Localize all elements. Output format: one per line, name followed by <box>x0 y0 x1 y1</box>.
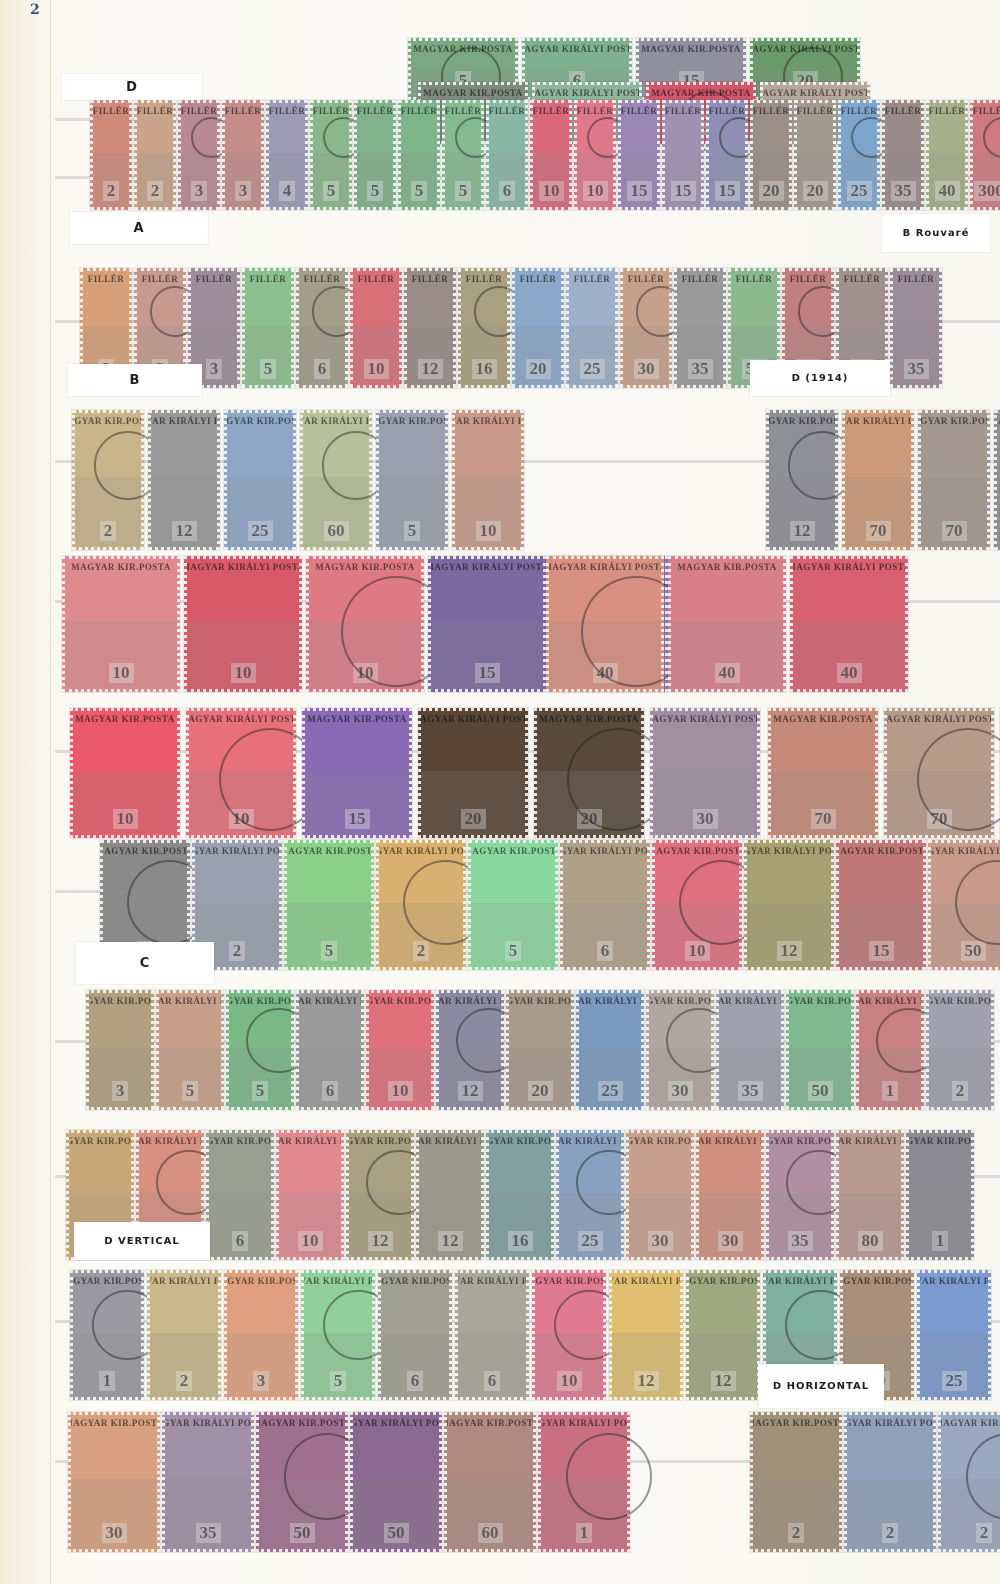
stamp-denomination: 10 <box>539 181 564 201</box>
stamp-denomination: 30 <box>668 1081 693 1101</box>
stamp: MAGYAR KIR.POSTA5 <box>468 840 558 970</box>
stamp-inscription: FILLÉR <box>736 274 773 284</box>
stamp-denomination: 6 <box>597 941 614 961</box>
stamp: MAGYAR KIR.POSTA12 <box>686 1270 760 1400</box>
stamp-inscription: MAGYAR KIR.POSTA <box>376 416 448 426</box>
stamp-denomination: 4 <box>279 181 296 201</box>
stamp: MAGYAR KIRÁLYI POSTA25 <box>576 990 644 1110</box>
stamp-denomination: 3 <box>191 181 208 201</box>
stamp: MAGYAR KIR.POSTA10 <box>652 840 742 970</box>
stamp-inscription: MAGYAR KIR.POSTA <box>918 416 990 426</box>
stamp: FILLÉR35 <box>890 268 942 388</box>
stamp-denomination: 25 <box>598 1081 623 1101</box>
stamp: MAGYAR KIR.POSTA50 <box>256 1412 348 1552</box>
label-c: C <box>76 942 214 984</box>
stamp-inscription: FILLÉR <box>621 106 658 116</box>
stamp: FILLÉR20 <box>750 100 792 210</box>
stamp-denomination: 80 <box>858 1231 883 1251</box>
stamp-denomination: 15 <box>475 663 500 683</box>
stamp-inscription: MAGYAR KIR.POSTA <box>651 88 751 98</box>
stamp-inscription: MAGYAR KIRÁLYI POSTA <box>716 996 784 1006</box>
stamp-denomination: 35 <box>904 359 929 379</box>
stamp-denomination: 2 <box>176 1371 193 1391</box>
stamp: MAGYAR KIR.POSTA30 <box>626 1130 694 1260</box>
stamp-denomination: 1 <box>576 1523 593 1543</box>
stamp: FILLÉR3 <box>178 100 220 210</box>
stamp: MAGYAR KIR.POSTA10 <box>532 1270 606 1400</box>
stamp: MAGYAR KIR.POSTA40 <box>668 556 786 692</box>
stamp-inscription: MAGYAR KIR.POSTA <box>307 714 407 724</box>
stamp-inscription: FILLÉR <box>445 106 482 116</box>
stamp: MAGYAR KIR.POSTA60 <box>444 1412 536 1552</box>
stamp-denomination: 60 <box>324 521 349 541</box>
stamp: MAGYAR KIRÁLYI POSTA10 <box>186 708 296 838</box>
stamp-inscription: MAGYAR KIRÁLYI POSTA <box>418 714 528 724</box>
stamp: FILLÉR5 <box>442 100 484 210</box>
stamp-inscription: FILLÉR <box>93 106 130 116</box>
stamp-inscription: MAGYAR KIR.POSTA <box>506 996 574 1006</box>
stamp-denomination: 2 <box>103 181 120 201</box>
stamp-inscription: FILLÉR <box>574 274 611 284</box>
stamp: MAGYAR KIR.POSTA2 <box>72 410 144 550</box>
stamp: MAGYAR KIRÁLYI POSTA12 <box>436 990 504 1110</box>
stamp-inscription: MAGYAR KIRÁLYI POSTA <box>917 1276 991 1286</box>
stamp: MAGYAR KIRÁLYI POSTA12 <box>609 1270 683 1400</box>
stamp: FILLÉR20 <box>512 268 564 388</box>
stamp-inscription: MAGYAR KIR.POSTA <box>532 1276 606 1286</box>
stamp-inscription: MAGYAR KIR.POSTA <box>315 562 415 572</box>
stamp-inscription: MAGYAR KIR.POSTA <box>66 1136 134 1146</box>
stamp-inscription: MAGYAR KIRÁLYI POSTA <box>147 1276 221 1286</box>
stamp-inscription: MAGYAR KIRÁLYI POSTA <box>750 44 860 54</box>
stamp-inscription: FILLÉR <box>841 106 878 116</box>
stamp: MAGYAR KIRÁLYI POSTA12 <box>744 840 834 970</box>
label-d-1914: D (1914) <box>750 360 890 396</box>
stamp-inscription: FILLÉR <box>466 274 503 284</box>
stamp: MAGYAR KIR.POSTA30 <box>68 1412 160 1552</box>
stamp: MAGYAR KIR.POSTA10 <box>70 708 180 838</box>
stamp: FILLÉR15 <box>618 100 660 210</box>
stamp-inscription: MAGYAR KIR.POSTA <box>906 1136 974 1146</box>
stamp-inscription: MAGYAR KIRÁLYI POSTA <box>136 1136 204 1146</box>
stamp: MAGYAR KIRÁLYI POSTA10 <box>184 556 302 692</box>
stamp-denomination: 15 <box>627 181 652 201</box>
stamp-denomination: 70 <box>866 521 891 541</box>
stamp-inscription: MAGYAR KIR.POSTA <box>226 996 294 1006</box>
stamp-inscription: MAGYAR KIR.POSTA <box>444 1418 536 1428</box>
stamp: MAGYAR KIR.POSTA5 <box>226 990 294 1110</box>
stamp-inscription: FILLÉR <box>401 106 438 116</box>
stamp-inscription: MAGYAR KIR.POSTA <box>423 88 523 98</box>
stamp-inscription: MAGYAR KIRÁLYI POSTA <box>192 846 282 856</box>
stamp-inscription: MAGYAR KIRÁLYI POSTA <box>428 562 546 572</box>
stamp-inscription: FILLÉR <box>304 274 341 284</box>
stamp: MAGYAR KIR.POSTA70 <box>768 708 878 838</box>
stamp-inscription: MAGYAR KIRÁLYI POSTA <box>436 996 504 1006</box>
stamp-denomination: 6 <box>499 181 516 201</box>
stamp-inscription: FILLÉR <box>489 106 526 116</box>
stamp: FILLÉR10 <box>350 268 402 388</box>
stamp-denomination: 12 <box>438 1231 463 1251</box>
stamp-inscription: FILLÉR <box>88 274 125 284</box>
stamp-denomination: 12 <box>634 1371 659 1391</box>
label-b: B <box>68 364 202 396</box>
stamp-inscription: FILLÉR <box>709 106 746 116</box>
stamp: MAGYAR KIR.POSTA2 <box>938 1412 1000 1552</box>
stamp-denomination: 25 <box>248 521 273 541</box>
stamp-inscription: MAGYAR KIR.POSTA <box>641 44 741 54</box>
stamp-inscription: MAGYAR KIRÁLYI POSTA <box>455 1276 529 1286</box>
stamp-denomination: 35 <box>688 359 713 379</box>
stamp-inscription: MAGYAR KIRÁLYI POSTA <box>162 1418 254 1428</box>
stamp: MAGYAR KIR.POSTA35 <box>766 1130 834 1260</box>
stamp-denomination: 12 <box>790 521 815 541</box>
stamp-inscription: FILLÉR <box>682 274 719 284</box>
stamp-inscription: MAGYAR KIR.POSTA <box>773 714 873 724</box>
stamp: MAGYAR KIR.POSTA5 <box>376 410 448 550</box>
stamp-inscription: MAGYAR KIRÁLYI POSTA <box>844 1418 936 1428</box>
stamp-inscription: FILLÉR <box>520 274 557 284</box>
stamp-denomination: 50 <box>961 941 986 961</box>
stamp-denomination: 30 <box>634 359 659 379</box>
stamp: MAGYAR KIR.POSTA3 <box>86 990 154 1110</box>
stamp: MAGYAR KIRÁLYI POSTA70 <box>884 708 994 838</box>
stamp-denomination: 70 <box>942 521 967 541</box>
stamp-inscription: FILLÉR <box>577 106 614 116</box>
stamp-inscription: MAGYAR KIRÁLYI POSTA <box>376 846 466 856</box>
stamp-inscription: MAGYAR KIRÁLYI POSTA <box>744 846 834 856</box>
stamp-denomination: 5 <box>404 521 421 541</box>
stamp-denomination: 10 <box>298 1231 323 1251</box>
stamp-inscription: MAGYAR KIR.POSTA <box>840 1276 914 1286</box>
stamp-denomination: 20 <box>803 181 828 201</box>
stamp-inscription: MAGYAR KIRÁLYI POSTA <box>790 562 908 572</box>
stamp: FILLÉR35 <box>674 268 726 388</box>
stamp-inscription: MAGYAR KIRÁLYI POSTA <box>836 1136 904 1146</box>
stamp: MAGYAR KIR.POSTA15 <box>836 840 926 970</box>
stamp-inscription: MAGYAR KIR.POSTA <box>539 714 639 724</box>
stamp-inscription: MAGYAR KIR.POSTA <box>206 1136 274 1146</box>
stamp-denomination: 20 <box>577 809 602 829</box>
stamp-inscription: MAGYAR KIR.POSTA <box>786 996 854 1006</box>
stamp-denomination: 2 <box>976 1523 993 1543</box>
stamp: MAGYAR KIRÁLYI POSTA12 <box>148 410 220 550</box>
stamp-inscription: MAGYAR KIR.POSTA <box>366 996 434 1006</box>
stamp-denomination: 10 <box>364 359 389 379</box>
stamp-denomination: 12 <box>418 359 443 379</box>
stamp-inscription: FILLÉR <box>225 106 262 116</box>
stamp-denomination: 5 <box>260 359 277 379</box>
stamp: MAGYAR KIR.POSTA70 <box>918 410 990 550</box>
stamp-inscription: MAGYAR KIR.POSTA <box>224 416 296 426</box>
stamp: MAGYAR KIRÁLYI POSTA2 <box>844 1412 936 1552</box>
stamp: FILLÉR16 <box>458 268 510 388</box>
stamp-inscription: MAGYAR KIR.POSTA <box>413 44 513 54</box>
stamp: MAGYAR KIRÁLYI POSTA35 <box>716 990 784 1110</box>
stamp-inscription: MAGYAR KIR.POSTA <box>766 416 838 426</box>
stamp: MAGYAR KIRÁLYI POSTA80 <box>836 1130 904 1260</box>
stamp-inscription: FILLÉR <box>665 106 702 116</box>
stamp: MAGYAR KIR.POSTA25 <box>224 410 296 550</box>
stamp-denomination: 30 <box>648 1231 673 1251</box>
stamp: FILLÉR30 <box>620 268 672 388</box>
stamp-denomination: 6 <box>232 1231 249 1251</box>
stamp-denomination: 10 <box>685 941 710 961</box>
stamp: MAGYAR KIRÁLYI POSTA80 <box>994 410 1000 550</box>
page-margin-line <box>50 0 51 1584</box>
stamp: FILLÉR2 <box>134 100 176 210</box>
stamp-denomination: 12 <box>458 1081 483 1101</box>
label-b-rouvare: B Rouvaré <box>882 214 990 252</box>
stamp-inscription: MAGYAR KIR.POSTA <box>224 1276 298 1286</box>
stamp-denomination: 12 <box>711 1371 736 1391</box>
stamp-inscription: MAGYAR KIRÁLYI POSTA <box>276 1136 344 1146</box>
stamp-inscription: MAGYAR KIR.POSTA <box>686 1276 760 1286</box>
stamp-inscription: MAGYAR KIR.POSTA <box>938 1418 1000 1428</box>
stamp-denomination: 5 <box>182 1081 199 1101</box>
stamp: FILLÉR25 <box>838 100 880 210</box>
stamp-inscription: MAGYAR KIRÁLYI POSTA <box>928 846 1000 856</box>
stamp: MAGYAR KIR.POSTA1 <box>906 1130 974 1260</box>
stamp: FILLÉR15 <box>706 100 748 210</box>
stamp: MAGYAR KIRÁLYI POSTA30 <box>696 1130 764 1260</box>
stamp-denomination: 15 <box>715 181 740 201</box>
stamp: MAGYAR KIR.POSTA3 <box>224 1270 298 1400</box>
stamp: MAGYAR KIR.POSTA12 <box>346 1130 414 1260</box>
stamp-denomination: 40 <box>715 663 740 683</box>
stamp-denomination: 35 <box>788 1231 813 1251</box>
stamp-inscription: FILLÉR <box>628 274 665 284</box>
stamp: MAGYAR KIR.POSTA10 <box>366 990 434 1110</box>
stamp-inscription: MAGYAR KIR.POSTA <box>68 1418 160 1428</box>
stamp-inscription: MAGYAR KIR.POSTA <box>86 996 154 1006</box>
stamp: FILLÉR4 <box>266 100 308 210</box>
stamp-denomination: 5 <box>411 181 428 201</box>
stamp: MAGYAR KIR.POSTA20 <box>534 708 644 838</box>
stamp-inscription: FILLÉR <box>844 274 881 284</box>
stamp-inscription: MAGYAR KIR.POSTA <box>750 1418 842 1428</box>
stamp-inscription: MAGYAR KIRÁLYI POSTA <box>186 714 296 724</box>
stamp-inscription: MAGYAR KIR.POSTA <box>836 846 926 856</box>
stamp: MAGYAR KIRÁLYI POSTA25 <box>556 1130 624 1260</box>
stamp-denomination: 2 <box>147 181 164 201</box>
stamp-inscription: MAGYAR KIRÁLYI POSTA <box>522 44 632 54</box>
stamp-inscription: MAGYAR KIRÁLYI POSTA <box>576 996 644 1006</box>
stamp-inscription: MAGYAR KIRÁLYI POSTA <box>609 1276 683 1286</box>
stamp: MAGYAR KIRÁLYI POSTA2 <box>376 840 466 970</box>
stamp-denomination: 30 <box>102 1523 127 1543</box>
stamp: MAGYAR KIR.POSTA6 <box>206 1130 274 1260</box>
stamp-denomination: 2 <box>952 1081 969 1101</box>
stamp-inscription: MAGYAR KIR.POSTA <box>626 1136 694 1146</box>
stamp-denomination: 25 <box>578 1231 603 1251</box>
stamp: MAGYAR KIR.POSTA6 <box>378 1270 452 1400</box>
stamp-inscription: FILLÉR <box>358 274 395 284</box>
stamp-inscription: FILLÉR <box>753 106 790 116</box>
stamp: MAGYAR KIRÁLYI POSTA1 <box>538 1412 630 1552</box>
stamp-inscription: MAGYAR KIR.POSTA <box>256 1418 348 1428</box>
stamp-denomination: 1 <box>99 1371 116 1391</box>
stamp: FILLÉR5 <box>310 100 352 210</box>
stamp-inscription: MAGYAR KIR.POSTA <box>468 846 558 856</box>
stamp-inscription: MAGYAR KIRÁLYI POSTA <box>842 416 914 426</box>
stamp-denomination: 30 <box>718 1231 743 1251</box>
stamp-inscription: FILLÉR <box>929 106 966 116</box>
stamp: MAGYAR KIRÁLYI POSTA6 <box>455 1270 529 1400</box>
stamp: FILLÉR35 <box>882 100 924 210</box>
stamp-denomination: 10 <box>231 663 256 683</box>
label-a: A <box>70 212 208 244</box>
stamp: MAGYAR KIR.POSTA10 <box>62 556 180 692</box>
stamp-denomination: 10 <box>388 1081 413 1101</box>
stamp-denomination: 6 <box>314 359 331 379</box>
stamp-denomination: 5 <box>321 941 338 961</box>
stamp-inscription: MAGYAR KIRÁLYI POSTA <box>856 996 924 1006</box>
stamp-denomination: 10 <box>113 809 138 829</box>
stamp: MAGYAR KIRÁLYI POSTA10 <box>276 1130 344 1260</box>
stamp-inscription: MAGYAR KIR.POSTA <box>100 846 190 856</box>
stamp: MAGYAR KIRÁLYI POSTA30 <box>650 708 760 838</box>
stamp-denomination: 10 <box>476 521 501 541</box>
stamp: MAGYAR KIR.POSTA1 <box>70 1270 144 1400</box>
stamp-denomination: 35 <box>891 181 916 201</box>
stamp-inscription: MAGYAR KIR.POSTA <box>70 1276 144 1286</box>
stamp-inscription: MAGYAR KIRÁLYI POSTA <box>148 416 220 426</box>
stamp-inscription: MAGYAR KIR.POSTA <box>284 846 374 856</box>
stamp-denomination: 20 <box>526 359 551 379</box>
stamp-inscription: MAGYAR KIRÁLYI POSTA <box>350 1418 442 1428</box>
stamp: FILLÉR10 <box>574 100 616 210</box>
stamp: MAGYAR KIRÁLYI POSTA5 <box>301 1270 375 1400</box>
stamp-inscription: MAGYAR KIRÁLYI POSTA <box>763 1276 837 1286</box>
stamp: FILLÉR6 <box>486 100 528 210</box>
stamp-inscription: MAGYAR KIR.POSTA <box>486 1136 554 1146</box>
stamp: MAGYAR KIR.POSTA12 <box>766 410 838 550</box>
stamp-inscription: MAGYAR KIRÁLYI POSTA <box>416 1136 484 1146</box>
stamp-denomination: 12 <box>368 1231 393 1251</box>
stamp: FILLÉR15 <box>662 100 704 210</box>
stamp-inscription: FILLÉR <box>181 106 218 116</box>
stamp-inscription: MAGYAR KIR.POSTA <box>926 996 994 1006</box>
stamp-denomination: 15 <box>671 181 696 201</box>
stamp-inscription: MAGYAR KIR.POSTA <box>652 846 742 856</box>
stamp-denomination: 5 <box>252 1081 269 1101</box>
stamp-inscription: FILLÉR <box>313 106 350 116</box>
stamp: FILLÉR300 <box>970 100 1000 210</box>
stamp-inscription: MAGYAR KIRÁLYI POSTA <box>994 416 1000 426</box>
stamp-inscription: FILLÉR <box>142 274 179 284</box>
stamp: FILLÉR10 <box>530 100 572 210</box>
stamp-denomination: 25 <box>847 181 872 201</box>
stamp-denomination: 3 <box>235 181 252 201</box>
stamp-denomination: 2 <box>788 1523 805 1543</box>
stamp-denomination: 1 <box>882 1081 899 1101</box>
stamp-inscription: MAGYAR KIRÁLYI POSTA <box>760 88 870 98</box>
stamp: MAGYAR KIRÁLYI POSTA20 <box>418 708 528 838</box>
stamp-denomination: 6 <box>407 1371 424 1391</box>
stamp-inscription: FILLÉR <box>898 274 935 284</box>
stamp-denomination: 1 <box>932 1231 949 1251</box>
stamp-denomination: 3 <box>206 359 223 379</box>
stamp-denomination: 10 <box>557 1371 582 1391</box>
stamp-inscription: MAGYAR KIRÁLYI POSTA <box>696 1136 764 1146</box>
stamp-denomination: 2 <box>882 1523 899 1543</box>
label-d-top: D <box>62 74 202 100</box>
stamp-denomination: 40 <box>837 663 862 683</box>
stamp: FILLÉR2 <box>90 100 132 210</box>
stamp-denomination: 15 <box>869 941 894 961</box>
stamp-denomination: 2 <box>413 941 430 961</box>
stamp-denomination: 30 <box>693 809 718 829</box>
stamp: MAGYAR KIR.POSTA30 <box>646 990 714 1110</box>
stamp: FILLÉR5 <box>354 100 396 210</box>
stamp-denomination: 10 <box>353 663 378 683</box>
stamp-denomination: 50 <box>384 1523 409 1543</box>
stamp: FILLÉR5 <box>398 100 440 210</box>
album-page: 2 MAGYAR KIR.POSTA5MAGYAR KIRÁLYI POSTA6… <box>0 0 1000 1584</box>
stamp: MAGYAR KIRÁLYI POSTA6 <box>560 840 650 970</box>
stamp-inscription: MAGYAR KIR.POSTA <box>72 416 144 426</box>
stamp-denomination: 12 <box>172 521 197 541</box>
stamp: MAGYAR KIRÁLYI POSTA1 <box>856 990 924 1110</box>
stamp-denomination: 35 <box>196 1523 221 1543</box>
stamp-denomination: 2 <box>229 941 246 961</box>
stamp-denomination: 20 <box>461 809 486 829</box>
stamp-inscription: MAGYAR KIRÁLYI POSTA <box>650 714 760 724</box>
stamp: MAGYAR KIR.POSTA5 <box>284 840 374 970</box>
stamp-inscription: MAGYAR KIR.POSTA <box>646 996 714 1006</box>
stamp-denomination: 3 <box>112 1081 129 1101</box>
stamp: FILLÉR20 <box>794 100 836 210</box>
stamp-denomination: 60 <box>478 1523 503 1543</box>
stamp: MAGYAR KIRÁLYI POSTA25 <box>917 1270 991 1400</box>
stamp: MAGYAR KIRÁLYI POSTA10 <box>452 410 524 550</box>
stamp-denomination: 5 <box>455 181 472 201</box>
stamp-inscription: FILLÉR <box>137 106 174 116</box>
stamp-denomination: 35 <box>738 1081 763 1101</box>
stamp-denomination: 16 <box>472 359 497 379</box>
stamp-denomination: 50 <box>290 1523 315 1543</box>
stamp: MAGYAR KIR.POSTA16 <box>486 1130 554 1260</box>
stamp-denomination: 25 <box>942 1371 967 1391</box>
stamp: MAGYAR KIR.POSTA20 <box>506 990 574 1110</box>
stamp: FILLÉR12 <box>404 268 456 388</box>
stamp-inscription: MAGYAR KIRÁLYI POSTA <box>296 996 364 1006</box>
stamp-inscription: FILLÉR <box>797 106 834 116</box>
stamp-inscription: MAGYAR KIRÁLYI POSTA <box>546 562 664 572</box>
stamp: MAGYAR KIRÁLYI POSTA60 <box>300 410 372 550</box>
stamp-denomination: 20 <box>759 181 784 201</box>
stamp-denomination: 10 <box>109 663 134 683</box>
stamp-inscription: FILLÉR <box>269 106 306 116</box>
stamp: MAGYAR KIRÁLYI POSTA15 <box>428 556 546 692</box>
stamp-denomination: 6 <box>322 1081 339 1101</box>
stamp-inscription: MAGYAR KIRÁLYI POSTA <box>560 846 650 856</box>
stamp-inscription: MAGYAR KIRÁLYI POSTA <box>300 416 372 426</box>
stamp-denomination: 5 <box>323 181 340 201</box>
stamp-inscription: FILLÉR <box>196 274 233 284</box>
stamp-denomination: 5 <box>330 1371 347 1391</box>
stamp-denomination: 50 <box>808 1081 833 1101</box>
stamp-inscription: MAGYAR KIR.POSTA <box>75 714 175 724</box>
stamp-denomination: 6 <box>484 1371 501 1391</box>
stamp-inscription: MAGYAR KIR.POSTA <box>346 1136 414 1146</box>
stamp-inscription: MAGYAR KIRÁLYI POSTA <box>156 996 224 1006</box>
stamp-inscription: MAGYAR KIR.POSTA <box>766 1136 834 1146</box>
stamp-inscription: FILLÉR <box>412 274 449 284</box>
stamp-denomination: 40 <box>935 181 960 201</box>
stamp-denomination: 70 <box>811 809 836 829</box>
